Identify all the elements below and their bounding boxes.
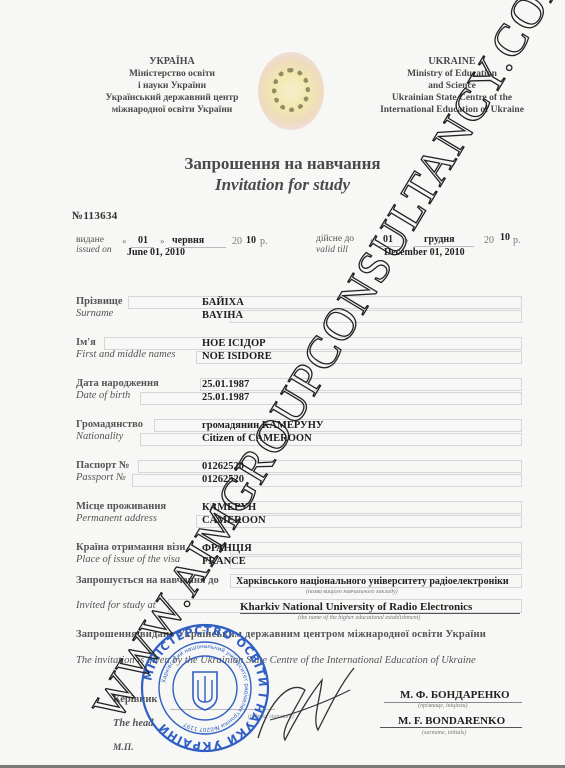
university-en-underline — [240, 613, 520, 614]
header-en-country: UKRAINE — [362, 56, 542, 68]
field-label-en: Surname — [76, 308, 113, 319]
header-ua-line1: Міністерство освіти — [82, 68, 262, 80]
field-label-ua: Дата народження — [76, 378, 159, 389]
field-label-en: Date of birth — [76, 390, 130, 401]
field-value-ua: БАЙІХА — [202, 297, 244, 308]
header-en-line4: International Education of Ukraine — [362, 104, 542, 116]
field-value-en: BAYIHA — [202, 310, 243, 321]
issued-label-ua: видане — [76, 235, 104, 245]
field-value-ua: КАМЕРУН — [202, 502, 256, 513]
field-label-ua: Паспорт № — [76, 460, 129, 471]
signer-en-line — [380, 727, 522, 728]
field-label-ua: Прізвище — [76, 296, 122, 307]
document-title-en: Invitation for study — [0, 175, 565, 195]
issued-month: червня — [172, 235, 204, 246]
field-value-ua: громадянин КАМЕРУНУ — [202, 420, 324, 431]
valid-label-ua: дійсне до — [316, 234, 354, 244]
hologram-emblem-icon — [258, 52, 324, 130]
field-box-en — [230, 310, 522, 323]
invitation-document: УКРАЇНА Міністерство освіти і науки Укра… — [0, 0, 565, 768]
field-label-ua: Країна отримання візи — [76, 542, 185, 553]
field-box-ua — [128, 296, 522, 309]
header-en-line3: Ukrainian State Centre of the — [362, 92, 542, 104]
issued-label-en: issued on — [76, 245, 112, 255]
field-box-en — [140, 433, 522, 446]
signature-icon — [250, 660, 360, 750]
university-name-en: Kharkiv National University of Radio Ele… — [240, 601, 472, 613]
signer-ua-hint: (прізвище, ініціали) — [418, 703, 468, 709]
valid-month: грудня — [424, 234, 455, 245]
header-en: UKRAINE Ministry of Education and Scienc… — [362, 56, 542, 116]
field-label-ua: Місце проживання — [76, 501, 166, 512]
field-value-en: 25.01.1987 — [202, 392, 249, 403]
field-label-en: Permanent address — [76, 513, 157, 524]
field-label-ua: Ім'я — [76, 337, 96, 348]
issued-day: 01 — [138, 235, 148, 246]
issued-year-prefix: 20 — [232, 236, 242, 247]
field-box-en — [140, 392, 522, 405]
field-box-en — [230, 556, 522, 569]
header-en-line1: Ministry of Education — [362, 68, 542, 80]
university-hint-ua: (назва вищого навчального закладу) — [306, 589, 398, 595]
header-ua-country: УКРАЇНА — [82, 56, 262, 68]
signer-en-hint: (surname, initials) — [422, 730, 466, 736]
header-ua-line4: міжнародної освіти України — [82, 104, 262, 116]
field-value-ua: 01262520 — [202, 461, 244, 472]
valid-close-quote: » — [404, 235, 409, 245]
invited-label-en: Invited for study at — [76, 600, 156, 611]
field-value-ua: ФРАНЦІЯ — [202, 543, 252, 554]
invited-label-ua: Запрошується на навчання до — [76, 575, 219, 586]
field-value-en: FRANCE — [202, 556, 246, 567]
document-title-ua: Запрошення на навчання — [0, 154, 565, 174]
valid-day: 01 — [383, 234, 393, 245]
valid-year-prefix: 20 — [484, 235, 494, 246]
field-value-ua: НОЕ ІСІДОР — [202, 338, 266, 349]
valid-open-quote: « — [370, 235, 375, 245]
field-label-en: Passport № — [76, 472, 126, 483]
field-box-en — [132, 474, 522, 487]
signer-name-en: M. F. BONDARENKO — [398, 715, 505, 727]
header-ua-line3: Український державний центр — [82, 92, 262, 104]
field-value-ua: 25.01.1987 — [202, 379, 249, 390]
stamp-place-label: М.П. — [113, 743, 134, 753]
header-ua-line2: і науки України — [82, 80, 262, 92]
valid-label-en: valid till — [316, 245, 348, 255]
field-label-ua: Громадянство — [76, 419, 143, 430]
document-number: №113634 — [72, 210, 118, 222]
issued-year-mark: р. — [260, 236, 268, 247]
issued-year-suffix: 10 — [246, 235, 256, 246]
valid-year-suffix: 10 — [500, 232, 510, 243]
field-value-en: CAMEROON — [202, 515, 266, 526]
signer-name-ua: М. Ф. БОНДАРЕНКО — [400, 689, 510, 701]
issued-open-quote: « — [122, 236, 127, 246]
university-hint-en: (the name of the higher educational esta… — [298, 615, 420, 621]
field-label-en: Place of issue of the visa — [76, 554, 180, 565]
field-value-en: Citizen of CAMEROON — [202, 433, 312, 444]
field-box-ua — [138, 460, 522, 473]
valid-date-en: December 01, 2010 — [384, 247, 465, 258]
university-name-ua: Харківського національного університету … — [236, 576, 509, 587]
field-value-en: NOE ISIDORE — [202, 351, 272, 362]
field-label-en: Nationality — [76, 431, 123, 442]
issued-date-en: June 01, 2010 — [127, 247, 185, 258]
header-en-line2: and Science — [362, 80, 542, 92]
field-label-en: First and middle names — [76, 349, 175, 360]
valid-year-mark: р. — [513, 235, 521, 246]
issued-close-quote: » — [160, 236, 165, 246]
field-box-ua — [230, 542, 522, 555]
field-box-ua — [210, 501, 522, 514]
field-value-en: 01262520 — [202, 474, 244, 485]
header-ua: УКРАЇНА Міністерство освіти і науки Укра… — [82, 56, 262, 116]
